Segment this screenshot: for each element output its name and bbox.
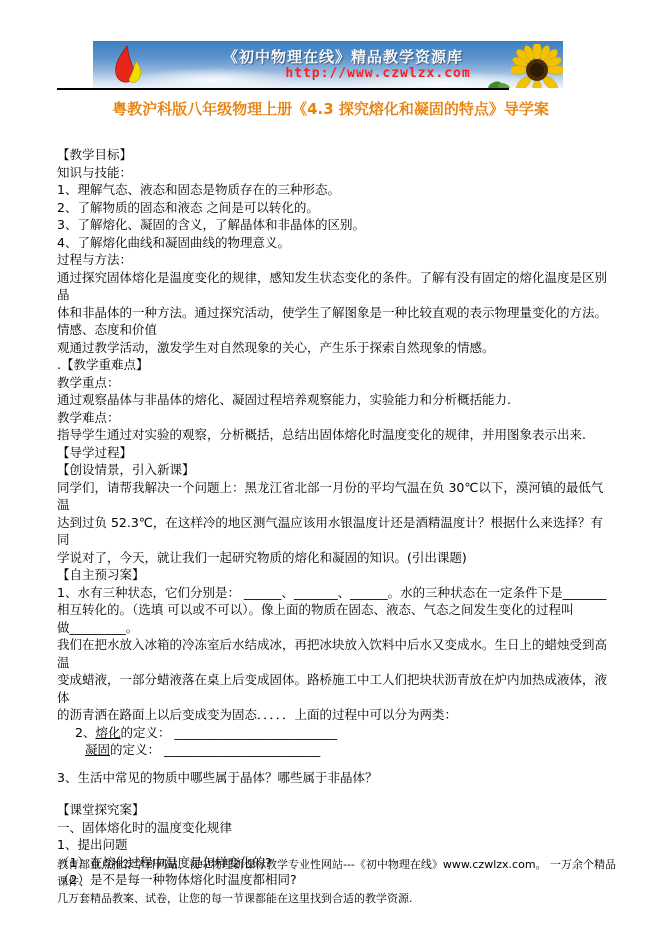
body-line: 1、理解气态、液态和固态是物质存在的三种形态。: [57, 181, 607, 199]
page-title: 粤教沪科版八年级物理上册《4.3 探究熔化和凝固的特点》导学案: [93, 98, 568, 119]
body-line: 同学们，请帮我解决一个问题上：黑龙江省北部一月份的平均气温在负 30℃以下，漠河…: [57, 479, 607, 514]
label-text: 的定义：: [120, 725, 174, 740]
site-title: 《初中物理在线》精品教学资源库: [181, 46, 505, 67]
body-line: 3、了解熔化、凝固的含义，了解晶体和非晶体的区别。: [57, 216, 607, 234]
body-line: 的沥青洒在路面上以后变成变为固态．．．．．上面的过程中可以分为两类：: [57, 706, 607, 724]
answer-blank: __________________________: [174, 725, 337, 740]
footer-note: 教育部重点推荐学科网站、初中物理新课标教学专业性网站---《初中物理在线》www…: [57, 856, 617, 907]
term-freezing: 凝固: [85, 742, 110, 757]
body-line: 4、了解熔化曲线和凝固曲线的物理意义。: [57, 234, 607, 252]
body-line: 过程与方法：: [57, 251, 607, 269]
section-heading: 【导学过程】: [57, 444, 607, 462]
body-line: 通过观察晶体与非晶体的熔化、凝固过程培养观察能力，实验能力和分析概括能力.: [57, 391, 607, 409]
document-page: 《初中物理在线》精品教学资源库 http://www.czwlzx.com: [0, 0, 661, 936]
header-divider: [57, 88, 509, 90]
section-heading: 【创设情景，引入新课】: [57, 461, 607, 479]
answer-blank: _________________________: [164, 742, 320, 757]
body-line: 情感、态度和价值: [57, 321, 607, 339]
body-line: 体和非晶体的一种方法。通过探究活动，使学生了解图象是一种比较直观的表示物理量变化…: [57, 304, 607, 322]
freezing-definition-line: 凝固的定义： _________________________: [57, 741, 607, 759]
question-3: 3、生活中常见的物质中哪些属于晶体？哪些属于非晶体？: [57, 769, 607, 787]
site-banner: 《初中物理在线》精品教学资源库 http://www.czwlzx.com: [93, 41, 563, 88]
section-heading: 【自主预习案】: [57, 566, 607, 584]
footer-line: 教育部重点推荐学科网站、初中物理新课标教学专业性网站---《初中物理在线》www…: [57, 856, 617, 890]
section-heading: 【课堂探究案】: [57, 801, 607, 819]
sunflower-icon: [511, 44, 563, 88]
body-line: 知识与技能：: [57, 164, 607, 182]
body-line: 观通过教学活动，激发学生对自然现象的关心，产生乐于探索自然现象的情感。: [57, 339, 607, 357]
body-line: 达到过负 52.3℃，在这样冷的地区测气温应该用水银温度计还是酒精温度计？根据什…: [57, 514, 607, 549]
body-line: 我们在把水放入冰箱的冷冻室后水结成冰，再把冰块放入饮料中后水又变成水。生日上的蜡…: [57, 636, 607, 671]
melting-definition-line: 2、熔化的定义： __________________________: [57, 724, 607, 742]
body-line: 通过探究固体熔化是温度变化的规律，感知发生状态变化的条件。了解有没有固定的熔化温…: [57, 269, 607, 304]
section-heading: .【教学重难点】: [57, 356, 607, 374]
body-line: 2、了解物质的固态和液态 之间是可以转化的。: [57, 199, 607, 217]
body-line: 一、固体熔化时的温度变化规律: [57, 819, 607, 837]
body-line: 学说对了，今天，就让我们一起研究物质的熔化和凝固的知识。(引出课题): [57, 549, 607, 567]
body-line: 1、提出问题: [57, 836, 607, 854]
flame-logo-icon: [105, 44, 147, 86]
label-text: 的定义：: [110, 742, 164, 757]
footer-line: 几万套精品教案、试卷，让您的每一节课都能在这里找到合适的教学资源.: [57, 890, 617, 907]
site-url: http://www.czwlzx.com: [253, 66, 503, 81]
body-line: 变成蜡液，一部分蜡液落在桌上后变成固体。路桥施工中工人们把块状沥青放在炉内加热成…: [57, 671, 607, 706]
fill-blank-line: 1、水有三种状态，它们分别是： ______、_______、______。水的…: [57, 584, 607, 602]
document-body: 【教学目标】 知识与技能： 1、理解气态、液态和固态是物质存在的三种形态。 2、…: [57, 146, 607, 889]
body-line: 教学难点：: [57, 409, 607, 427]
item-number: 2、: [75, 725, 95, 740]
body-line: 相互转化的。（选填 可以或不可以）。像上面的物质在固态、液态、气态之间发生变化的…: [57, 601, 607, 619]
fill-blank-line: 做_________。: [57, 619, 607, 637]
body-line: 教学重点：: [57, 374, 607, 392]
body-line: 指导学生通过对实验的观察，分析概括，总结出固体熔化时温度变化的规律，并用图象表示…: [57, 426, 607, 444]
leaf-icon: [487, 74, 513, 88]
section-heading: 【教学目标】: [57, 146, 607, 164]
term-melting: 熔化: [95, 725, 120, 740]
